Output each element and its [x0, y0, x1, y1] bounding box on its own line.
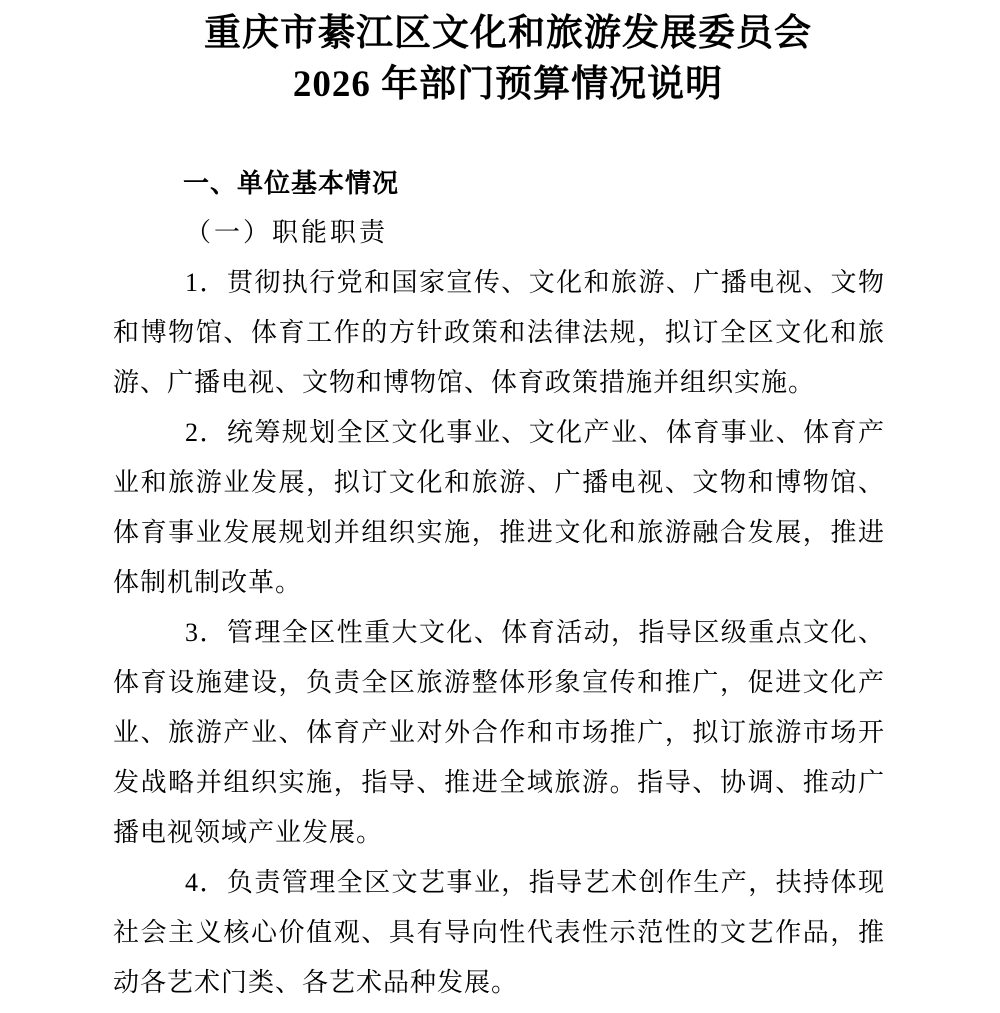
paragraph-duty-4: 4．负责管理全区文艺事业，指导艺术创作生产，扶持体现社会主义核心价值观、具有导向…	[113, 858, 885, 1008]
paragraph-duty-3: 3．管理全区性重大文化、体育活动，指导区级重点文化、体育设施建设，负责全区旅游整…	[113, 608, 885, 858]
paragraph-duty-2: 2．统筹规划全区文化事业、文化产业、体育事业、体育产业和旅游业发展，拟订文化和旅…	[113, 408, 885, 608]
subsection-heading-duties: （一）职能职责	[113, 208, 885, 258]
section-heading-unit-basic-info: 一、单位基本情况	[113, 158, 885, 208]
document-body: 一、单位基本情况 （一）职能职责 1．贯彻执行党和国家宣传、文化和旅游、广播电视…	[113, 158, 885, 1008]
paragraph-duty-1: 1．贯彻执行党和国家宣传、文化和旅游、广播电视、文物和博物馆、体育工作的方针政策…	[113, 258, 885, 408]
document-title-line-2: 2026 年部门预算情况说明	[16, 59, 1000, 110]
document-title-line-1: 重庆市綦江区文化和旅游发展委员会	[16, 8, 1000, 59]
document-title: 重庆市綦江区文化和旅游发展委员会 2026 年部门预算情况说明	[0, 8, 1000, 110]
document-page: 重庆市綦江区文化和旅游发展委员会 2026 年部门预算情况说明 一、单位基本情况…	[0, 0, 1000, 1013]
